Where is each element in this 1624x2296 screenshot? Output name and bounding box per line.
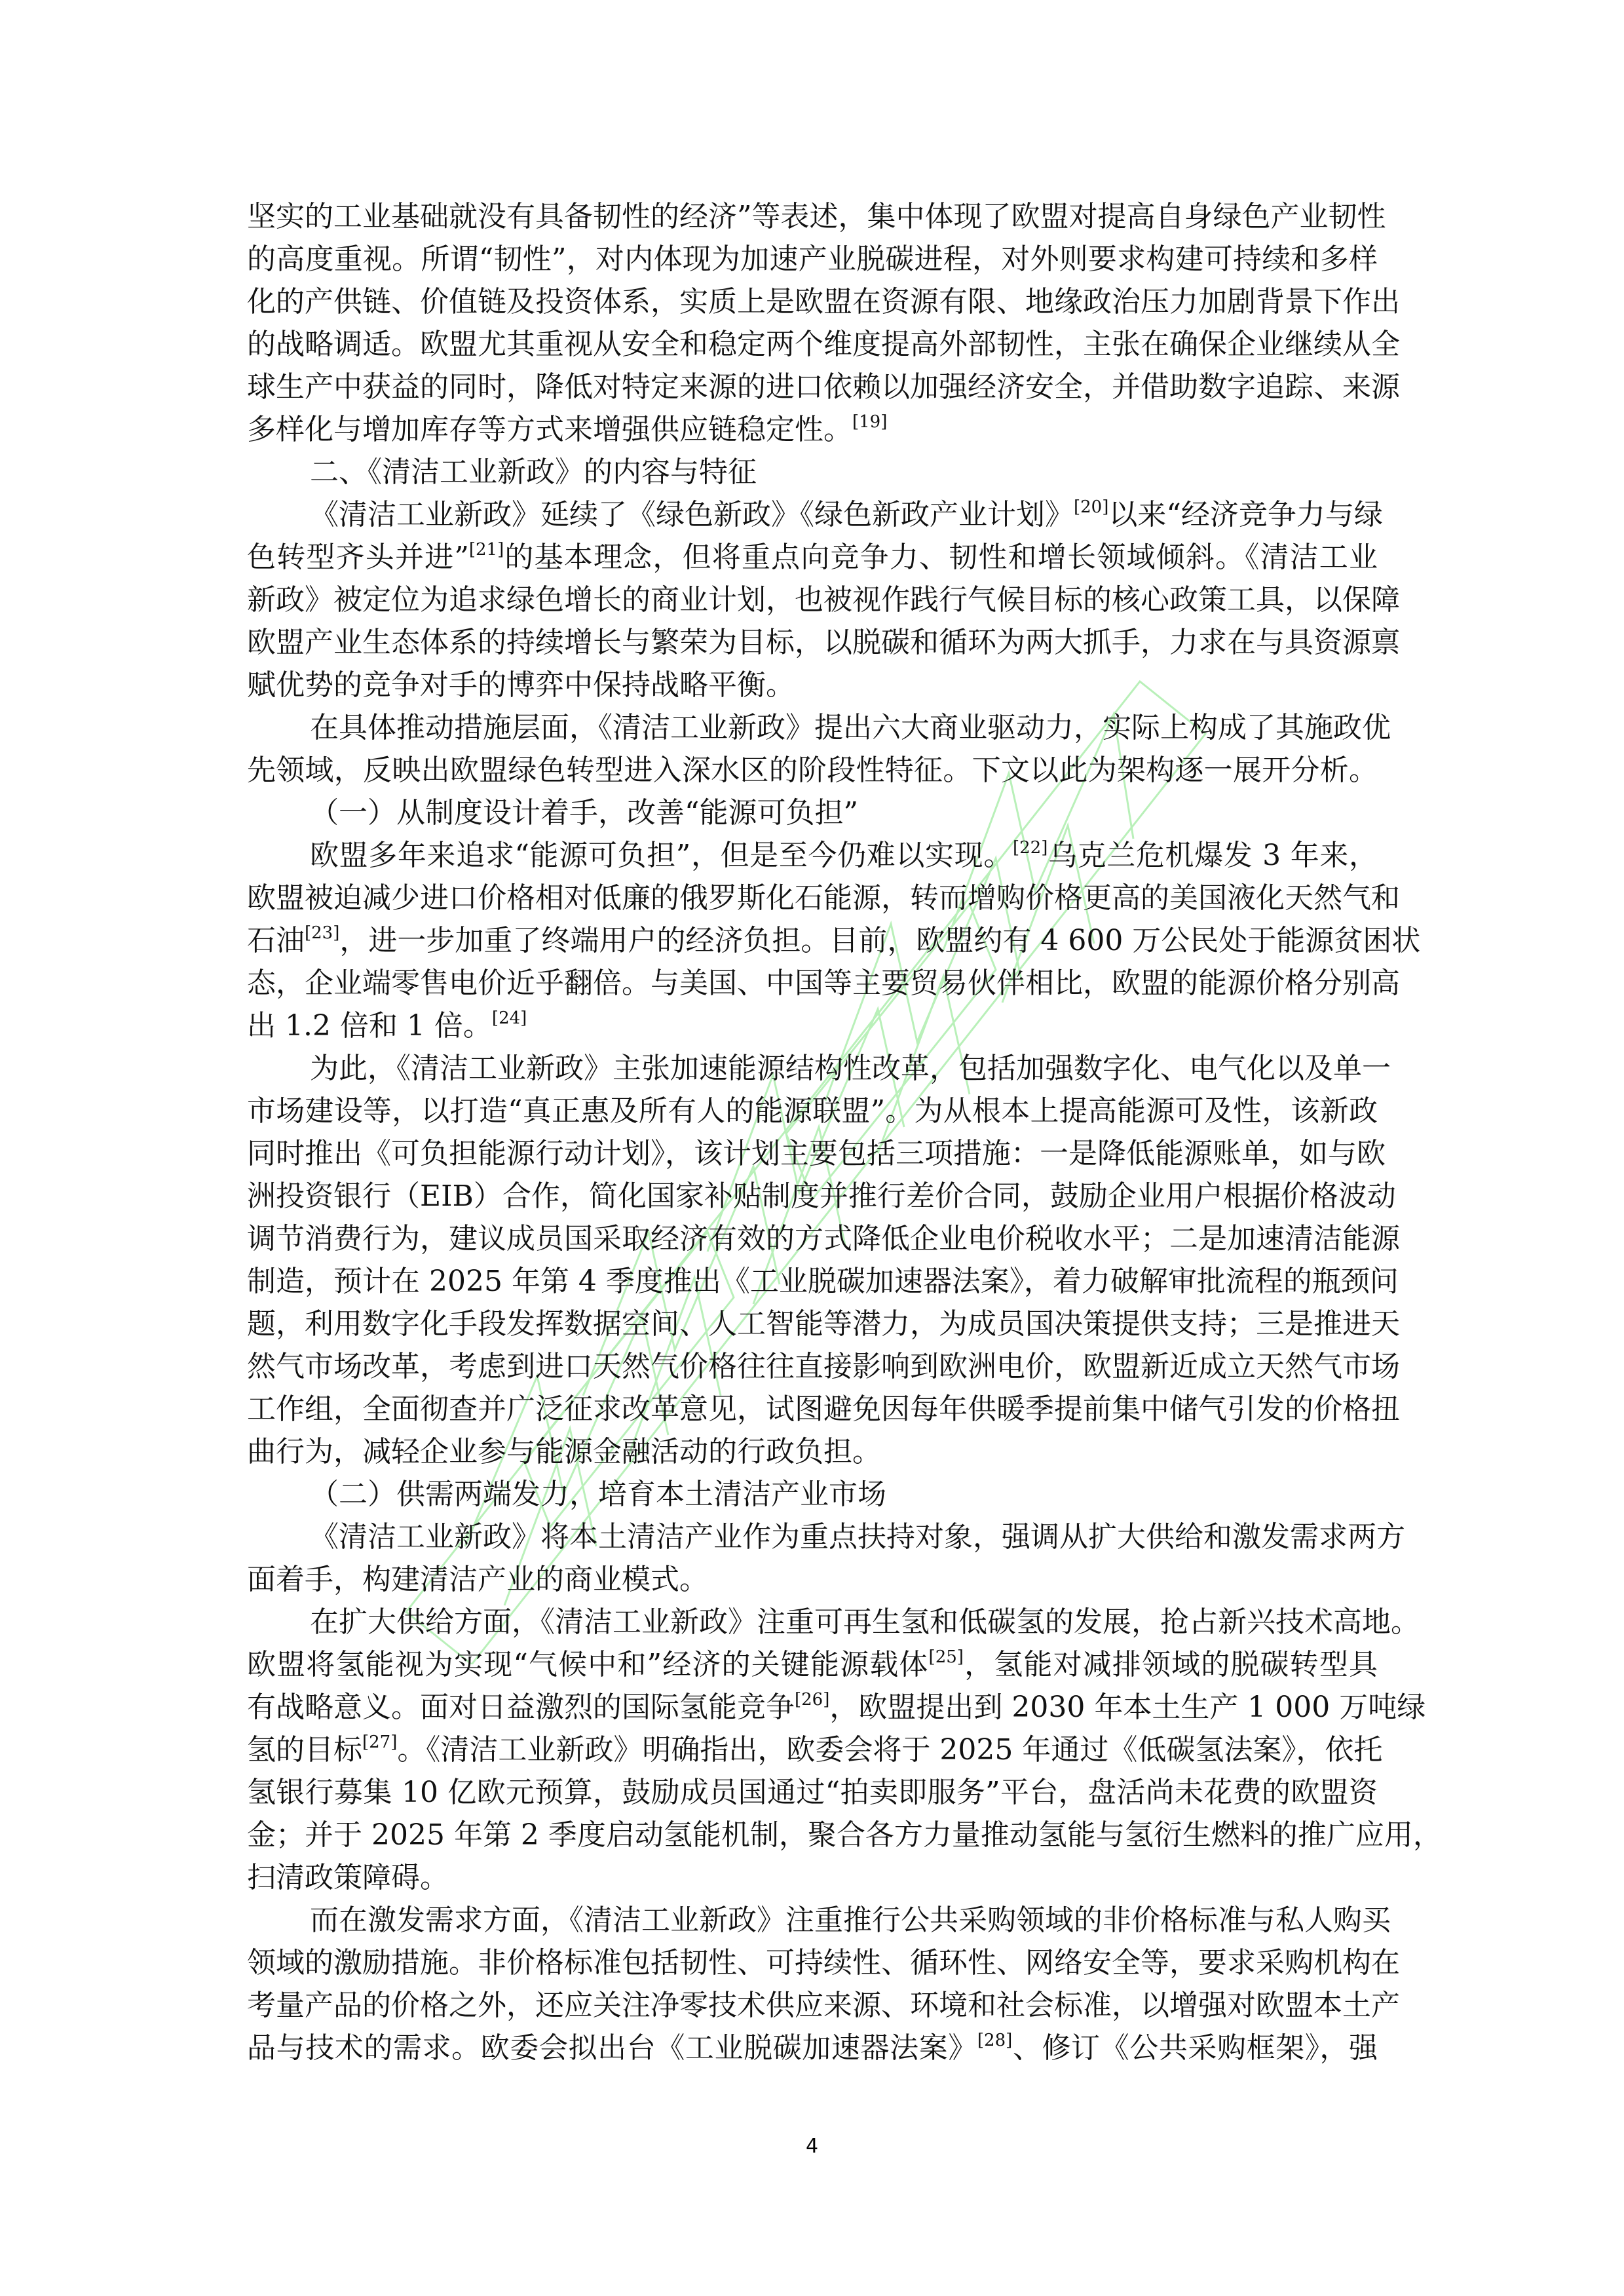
- line-text: （二）供需两端发力，培育本土清洁产业市场: [310, 1478, 886, 1511]
- line-text: 面着手，构建清洁产业的商业模式。: [247, 1563, 708, 1596]
- text-line: 赋优势的竞争对手的博弈中保持战略平衡。: [247, 664, 1378, 706]
- line-text: 工作组，全面彻查并广泛征求改革意见，试图避免因每年供暖季提前集中储气引发的价格扭: [247, 1392, 1400, 1426]
- text-line: 扫清政策障碍。: [247, 1856, 1378, 1899]
- line-text: 出 1.2 倍和 1 倍。: [247, 1009, 492, 1043]
- text-line: 考量产品的价格之外，还应关注净零技术供应来源、环境和社会标准，以增强对欧盟本土产: [247, 1984, 1378, 2027]
- line-text: 多样化与增加库存等方式来增强供应链稳定性。: [247, 413, 852, 446]
- body-text: 坚实的工业基础就没有具备韧性的经济”等表述，集中体现了欧盟对提高自身绿色产业韧性…: [247, 195, 1378, 2069]
- line-text: 题，利用数字化手段发挥数据空间、人工智能等潜力，为成员国决策提供支持；三是推进天: [247, 1307, 1400, 1341]
- line-text: 石油: [247, 924, 305, 957]
- text-line: 态，企业端零售电价近乎翻倍。与美国、中国等主要贸易伙伴相比，欧盟的能源价格分别高: [247, 962, 1378, 1004]
- line-text: （一）从制度设计着手，改善“能源可负担”: [310, 796, 858, 830]
- text-line: 为此，《清洁工业新政》主张加速能源结构性改革，包括加强数字化、电气化以及单一: [247, 1047, 1378, 1090]
- line-text: 的高度重视。所谓“韧性”，对内体现为加速产业脱碳进程，对外则要求构建可持续和多样: [247, 242, 1378, 276]
- citation-marker: [26]: [795, 1690, 829, 1710]
- line-text-continued: 。《清洁工业新政》明确指出，欧委会将于 2025 年通过《低碳氢法案》，依托: [397, 1733, 1382, 1767]
- line-text: 新政》被定位为追求绿色增长的商业计划，也被视作践行气候目标的核心政策工具，以保障: [247, 583, 1400, 617]
- line-text: 制造，预计在 2025 年第 4 季度推出《工业脱碳加速器法案》，着力破解审批流…: [247, 1265, 1399, 1298]
- line-text: 氢银行募集 10 亿欧元预算，鼓励成员国通过“拍卖即服务”平台，盘活尚未花费的欧…: [247, 1776, 1378, 1809]
- line-text: 氢的目标: [247, 1733, 362, 1767]
- line-text: 欧盟被迫减少进口价格相对低廉的俄罗斯化石能源，转而增购价格更高的美国液化天然气和: [247, 881, 1400, 915]
- line-text: 坚实的工业基础就没有具备韧性的经济”等表述，集中体现了欧盟对提高自身绿色产业韧性: [247, 200, 1386, 233]
- line-text: 为此，《清洁工业新政》主张加速能源结构性改革，包括加强数字化、电气化以及单一: [310, 1052, 1391, 1085]
- line-text: 考量产品的价格之外，还应关注净零技术供应来源、环境和社会标准，以增强对欧盟本土产: [247, 1989, 1400, 2022]
- citation-marker: [22]: [1013, 838, 1048, 858]
- line-text: 洲投资银行（EIB）合作，简化国家补贴制度并推行差价合同，鼓励企业用户根据价格波…: [247, 1179, 1396, 1213]
- text-line: 出 1.2 倍和 1 倍。[24]: [247, 1004, 1378, 1047]
- line-text: 《清洁工业新政》延续了《绿色新政》《绿色新政产业计划》: [310, 498, 1074, 531]
- line-text: 金；并于 2025 年第 2 季度启动氢能机制，聚合各方力量推动氢能与氢衍生燃料…: [247, 1818, 1442, 1852]
- text-line: 调节消费行为，建议成员国采取经济有效的方式降低企业电价税收水平；二是加速清洁能源: [247, 1217, 1378, 1260]
- text-line: 石油[23]，进一步加重了终端用户的经济负担。目前，欧盟约有 4 600 万公民…: [247, 919, 1378, 962]
- line-text: 品与技术的需求。欧委会拟出台《工业脱碳加速器法案》: [247, 2031, 977, 2065]
- line-text-continued: ，氢能对减排领域的脱碳转型具: [964, 1648, 1378, 1681]
- text-line: 欧盟多年来追求“能源可负担”，但是至今仍难以实现。[22]乌克兰危机爆发 3 年…: [247, 834, 1378, 877]
- text-line: 品与技术的需求。欧委会拟出台《工业脱碳加速器法案》[28]、修订《公共采购框架》…: [247, 2027, 1378, 2069]
- line-text: 扫清政策障碍。: [247, 1861, 449, 1894]
- text-line: 制造，预计在 2025 年第 4 季度推出《工业脱碳加速器法案》，着力破解审批流…: [247, 1260, 1378, 1303]
- text-line: 然气市场改革，考虑到进口天然气价格往往直接影响到欧洲电价，欧盟新近成立天然气市场: [247, 1345, 1378, 1388]
- citation-marker: [19]: [852, 412, 887, 432]
- line-text-continued: 以来“经济竞争力与绿: [1108, 498, 1383, 531]
- text-line: 色转型齐头并进”[21]的基本理念，但将重点向竞争力、韧性和增长领域倾斜。《清洁…: [247, 536, 1378, 579]
- text-line: 面着手，构建清洁产业的商业模式。: [247, 1558, 1378, 1601]
- citation-marker: [21]: [469, 540, 504, 560]
- line-text: 球生产中获益的同时，降低对特定来源的进口依赖以加强经济安全，并借助数字追踪、来源: [247, 370, 1400, 404]
- text-line: 多样化与增加库存等方式来增强供应链稳定性。[19]: [247, 408, 1378, 451]
- text-line: 欧盟产业生态体系的持续增长与繁荣为目标，以脱碳和循环为两大抓手，力求在与具资源禀: [247, 621, 1378, 664]
- text-line: 《清洁工业新政》延续了《绿色新政》《绿色新政产业计划》[20]以来“经济竞争力与…: [247, 493, 1378, 536]
- line-text: 色转型齐头并进”: [247, 541, 469, 574]
- line-text: 有战略意义。面对日益激烈的国际氢能竞争: [247, 1691, 795, 1724]
- text-line: 而在激发需求方面，《清洁工业新政》注重推行公共采购领域的非价格标准与私人购买: [247, 1899, 1378, 1942]
- page-number: 4: [0, 2135, 1624, 2158]
- text-line: 新政》被定位为追求绿色增长的商业计划，也被视作践行气候目标的核心政策工具，以保障: [247, 579, 1378, 621]
- text-line: 氢的目标[27]。《清洁工业新政》明确指出，欧委会将于 2025 年通过《低碳氢…: [247, 1729, 1378, 1771]
- text-line: 的战略调适。欧盟尤其重视从安全和稳定两个维度提高外部韧性，主张在确保企业继续从全: [247, 323, 1378, 366]
- line-text: 欧盟产业生态体系的持续增长与繁荣为目标，以脱碳和循环为两大抓手，力求在与具资源禀: [247, 626, 1400, 659]
- text-line: 化的产供链、价值链及投资体系，实质上是欧盟在资源有限、地缘政治压力加剧背景下作出: [247, 280, 1378, 323]
- citation-marker: [28]: [977, 2031, 1012, 2050]
- document-page: 坚实的工业基础就没有具备韧性的经济”等表述，集中体现了欧盟对提高自身绿色产业韧性…: [0, 0, 1624, 2296]
- section-heading: 二、《清洁工业新政》的内容与特征: [247, 451, 1378, 493]
- section-heading: （二）供需两端发力，培育本土清洁产业市场: [247, 1473, 1378, 1516]
- line-text: 化的产供链、价值链及投资体系，实质上是欧盟在资源有限、地缘政治压力加剧背景下作出: [247, 285, 1400, 318]
- text-line: 的高度重视。所谓“韧性”，对内体现为加速产业脱碳进程，对外则要求构建可持续和多样: [247, 238, 1378, 280]
- line-text: 市场建设等，以打造“真正惠及所有人的能源联盟”。为从根本上提高能源可及性，该新政: [247, 1094, 1378, 1128]
- text-line: 金；并于 2025 年第 2 季度启动氢能机制，聚合各方力量推动氢能与氢衍生燃料…: [247, 1814, 1378, 1856]
- citation-marker: [27]: [362, 1732, 397, 1752]
- line-text: 曲行为，减轻企业参与能源金融活动的行政负担。: [247, 1435, 881, 1468]
- line-text: 欧盟多年来追求“能源可负担”，但是至今仍难以实现。: [310, 839, 1013, 872]
- citation-marker: [24]: [492, 1008, 527, 1028]
- text-line: 市场建设等，以打造“真正惠及所有人的能源联盟”。为从根本上提高能源可及性，该新政: [247, 1090, 1378, 1132]
- line-text-continued: ，欧盟提出到 2030 年本土生产 1 000 万吨绿: [829, 1691, 1426, 1724]
- text-line: 《清洁工业新政》将本土清洁产业作为重点扶持对象，强调从扩大供给和激发需求两方: [247, 1516, 1378, 1558]
- line-text: 欧盟将氢能视为实现“气候中和”经济的关键能源载体: [247, 1648, 929, 1681]
- section-heading: （一）从制度设计着手，改善“能源可负担”: [247, 792, 1378, 834]
- line-text-continued: 的基本理念，但将重点向竞争力、韧性和增长领域倾斜。《清洁工业: [504, 541, 1378, 574]
- line-text: 《清洁工业新政》将本土清洁产业作为重点扶持对象，强调从扩大供给和激发需求两方: [310, 1520, 1405, 1554]
- line-text: 先领域，反映出欧盟绿色转型进入深水区的阶段性特征。下文以此为架构逐一展开分析。: [247, 754, 1378, 787]
- line-text: 而在激发需求方面，《清洁工业新政》注重推行公共采购领域的非价格标准与私人购买: [310, 1904, 1391, 1937]
- text-line: 欧盟将氢能视为实现“气候中和”经济的关键能源载体[25]，氢能对减排领域的脱碳转…: [247, 1643, 1378, 1686]
- line-text: 领域的激励措施。非价格标准包括韧性、可持续性、循环性、网络安全等，要求采购机构在: [247, 1946, 1400, 1980]
- text-line: 氢银行募集 10 亿欧元预算，鼓励成员国通过“拍卖即服务”平台，盘活尚未花费的欧…: [247, 1771, 1378, 1814]
- line-text-continued: 、修订《公共采购框架》，强: [1012, 2031, 1378, 2065]
- line-text: 赋优势的竞争对手的博弈中保持战略平衡。: [247, 668, 795, 702]
- text-line: 洲投资银行（EIB）合作，简化国家补贴制度并推行差价合同，鼓励企业用户根据价格波…: [247, 1175, 1378, 1217]
- text-line: 有战略意义。面对日益激烈的国际氢能竞争[26]，欧盟提出到 2030 年本土生产…: [247, 1686, 1378, 1729]
- line-text: 的战略调适。欧盟尤其重视从安全和稳定两个维度提高外部韧性，主张在确保企业继续从全: [247, 328, 1400, 361]
- line-text: 二、《清洁工业新政》的内容与特征: [310, 455, 757, 489]
- line-text: 同时推出《可负担能源行动计划》，该计划主要包括三项措施：一是降低能源账单，如与欧: [247, 1137, 1386, 1170]
- citation-marker: [23]: [305, 923, 339, 943]
- line-text: 在扩大供给方面，《清洁工业新政》注重可再生氢和低碳氢的发展，抢占新兴技术高地。: [310, 1605, 1420, 1639]
- line-text-continued: ，进一步加重了终端用户的经济负担。目前，欧盟约有 4 600 万公民处于能源贫困…: [339, 924, 1420, 957]
- text-line: 先领域，反映出欧盟绿色转型进入深水区的阶段性特征。下文以此为架构逐一展开分析。: [247, 749, 1378, 792]
- line-text: 在具体推动措施层面，《清洁工业新政》提出六大商业驱动力，实际上构成了其施政优: [310, 711, 1391, 744]
- line-text: 调节消费行为，建议成员国采取经济有效的方式降低企业电价税收水平；二是加速清洁能源: [247, 1222, 1400, 1255]
- text-line: 在具体推动措施层面，《清洁工业新政》提出六大商业驱动力，实际上构成了其施政优: [247, 706, 1378, 749]
- line-text-continued: 乌克兰危机爆发 3 年来，: [1048, 839, 1378, 872]
- text-line: 坚实的工业基础就没有具备韧性的经济”等表述，集中体现了欧盟对提高自身绿色产业韧性: [247, 195, 1378, 238]
- text-line: 同时推出《可负担能源行动计划》，该计划主要包括三项措施：一是降低能源账单，如与欧: [247, 1132, 1378, 1175]
- line-text: 然气市场改革，考虑到进口天然气价格往往直接影响到欧洲电价，欧盟新近成立天然气市场: [247, 1350, 1400, 1383]
- text-line: 欧盟被迫减少进口价格相对低廉的俄罗斯化石能源，转而增购价格更高的美国液化天然气和: [247, 877, 1378, 919]
- line-text: 态，企业端零售电价近乎翻倍。与美国、中国等主要贸易伙伴相比，欧盟的能源价格分别高: [247, 966, 1400, 1000]
- text-line: 曲行为，减轻企业参与能源金融活动的行政负担。: [247, 1430, 1378, 1473]
- text-line: 工作组，全面彻查并广泛征求改革意见，试图避免因每年供暖季提前集中储气引发的价格扭: [247, 1388, 1378, 1430]
- citation-marker: [25]: [929, 1647, 964, 1667]
- text-line: 题，利用数字化手段发挥数据空间、人工智能等潜力，为成员国决策提供支持；三是推进天: [247, 1303, 1378, 1345]
- citation-marker: [20]: [1074, 497, 1108, 517]
- text-line: 在扩大供给方面，《清洁工业新政》注重可再生氢和低碳氢的发展，抢占新兴技术高地。: [247, 1601, 1378, 1643]
- text-line: 球生产中获益的同时，降低对特定来源的进口依赖以加强经济安全，并借助数字追踪、来源: [247, 366, 1378, 408]
- text-line: 领域的激励措施。非价格标准包括韧性、可持续性、循环性、网络安全等，要求采购机构在: [247, 1942, 1378, 1984]
